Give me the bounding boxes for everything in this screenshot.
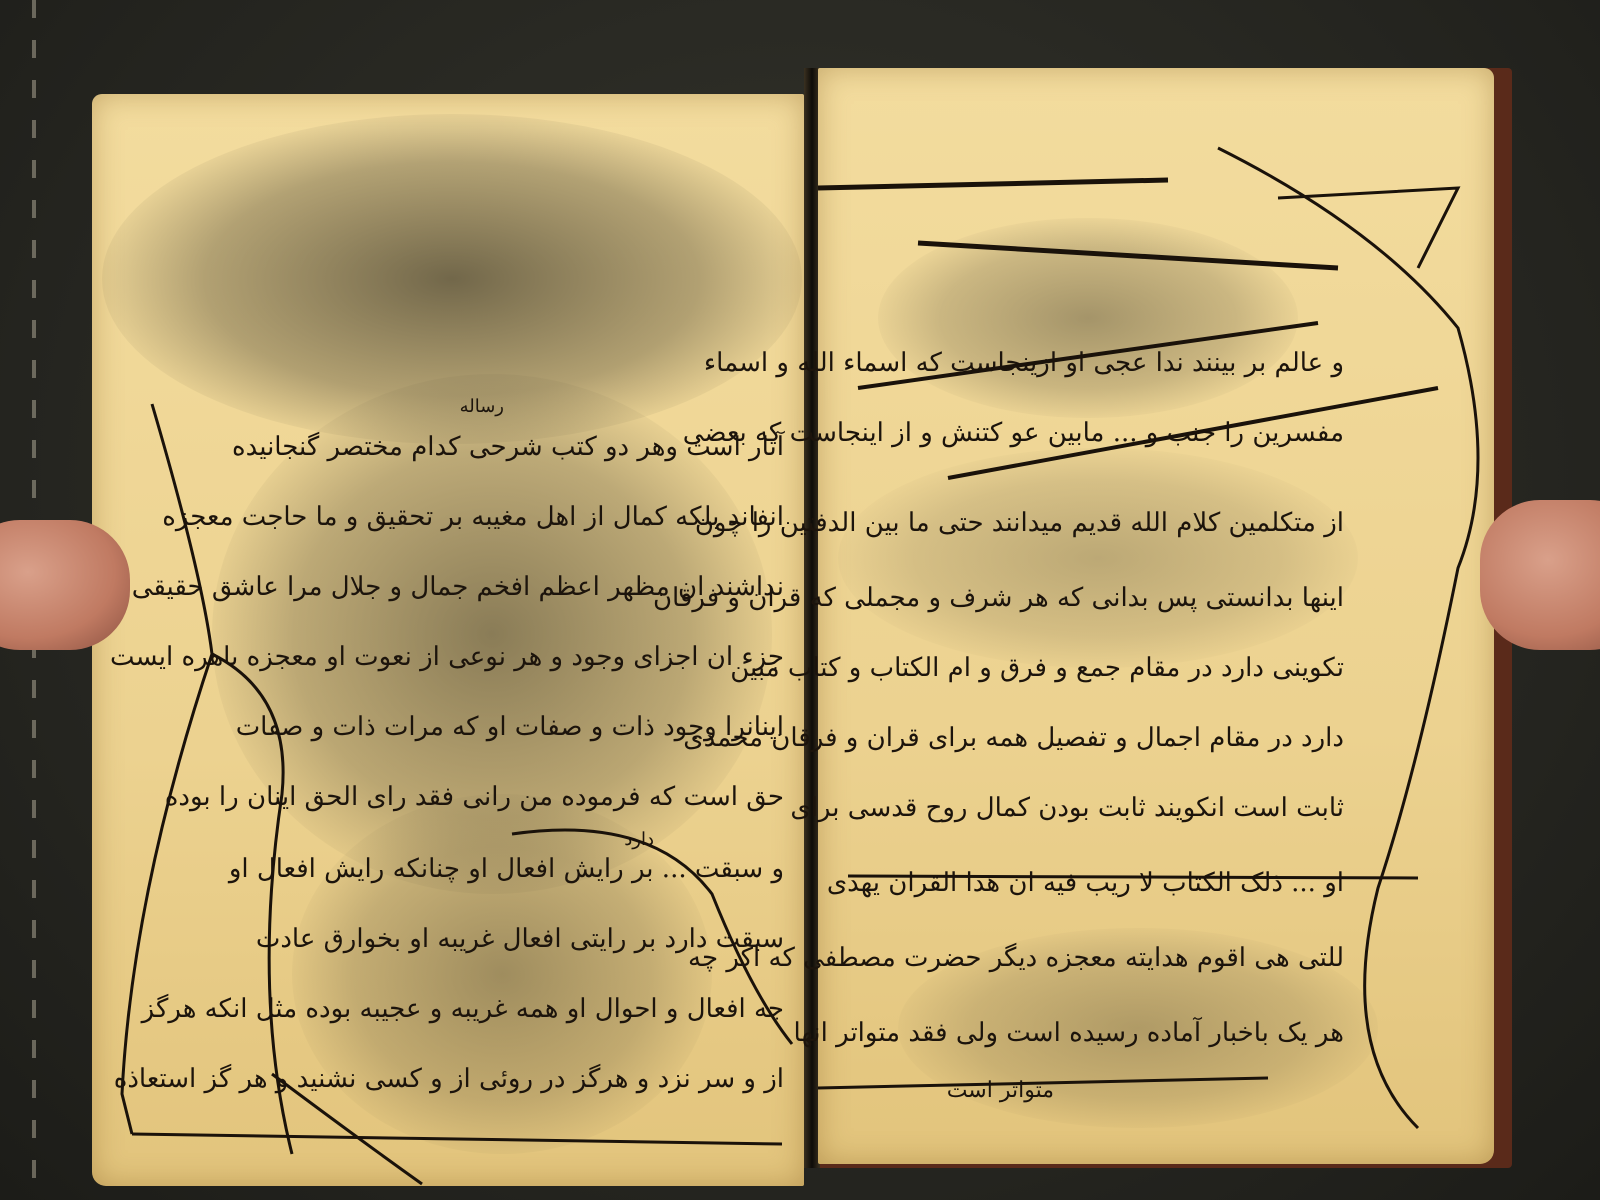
- scribble-lines: [92, 94, 804, 1186]
- right-page: و عالم بر بینند ندا عجی او ازینجاست که ا…: [818, 68, 1494, 1164]
- right-thumb: [1480, 500, 1600, 650]
- left-thumb: [0, 520, 130, 650]
- scribble-lines: [818, 68, 1494, 1164]
- left-page: رساله آثار است وهر دو کتب شرحی کدام مختص…: [92, 94, 804, 1186]
- open-manuscript: رساله آثار است وهر دو کتب شرحی کدام مختص…: [92, 68, 1532, 1168]
